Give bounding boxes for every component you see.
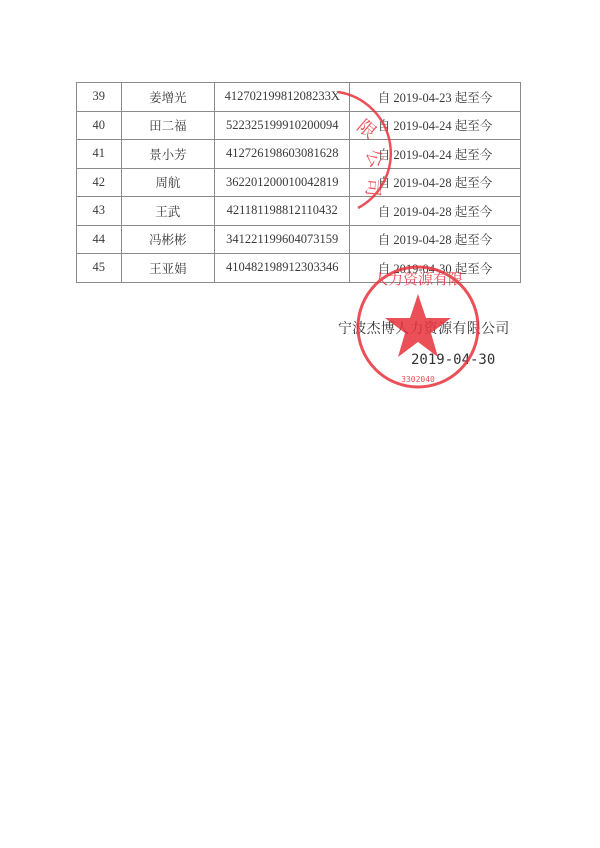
table-row: 44冯彬彬341221199604073159自 2019-04-28 起至今 bbox=[77, 225, 521, 254]
company-seal-stamp-icon: 人力资源有限 3302040 bbox=[353, 262, 483, 392]
employee-name: 王武 bbox=[121, 197, 215, 226]
partial-seal-stamp-icon: 限 公 司 bbox=[248, 88, 398, 218]
row-number: 41 bbox=[77, 140, 122, 169]
row-number: 44 bbox=[77, 225, 122, 254]
svg-text:人力资源有限: 人力资源有限 bbox=[373, 270, 463, 288]
employee-name: 冯彬彬 bbox=[121, 225, 215, 254]
row-number: 42 bbox=[77, 168, 122, 197]
id-number: 341221199604073159 bbox=[215, 225, 350, 254]
employee-name: 景小芳 bbox=[121, 140, 215, 169]
row-number: 39 bbox=[77, 83, 122, 112]
svg-text:司: 司 bbox=[361, 178, 383, 198]
employee-name: 王亚娟 bbox=[121, 254, 215, 283]
svg-text:3302040: 3302040 bbox=[401, 375, 435, 384]
row-number: 45 bbox=[77, 254, 122, 283]
employee-name: 田二福 bbox=[121, 111, 215, 140]
employee-name: 周航 bbox=[121, 168, 215, 197]
id-number: 410482198912303346 bbox=[215, 254, 350, 283]
row-number: 43 bbox=[77, 197, 122, 226]
row-number: 40 bbox=[77, 111, 122, 140]
svg-text:公: 公 bbox=[361, 147, 387, 171]
employee-name: 姜增光 bbox=[121, 83, 215, 112]
employment-period: 自 2019-04-28 起至今 bbox=[350, 225, 521, 254]
svg-text:限: 限 bbox=[353, 116, 380, 144]
